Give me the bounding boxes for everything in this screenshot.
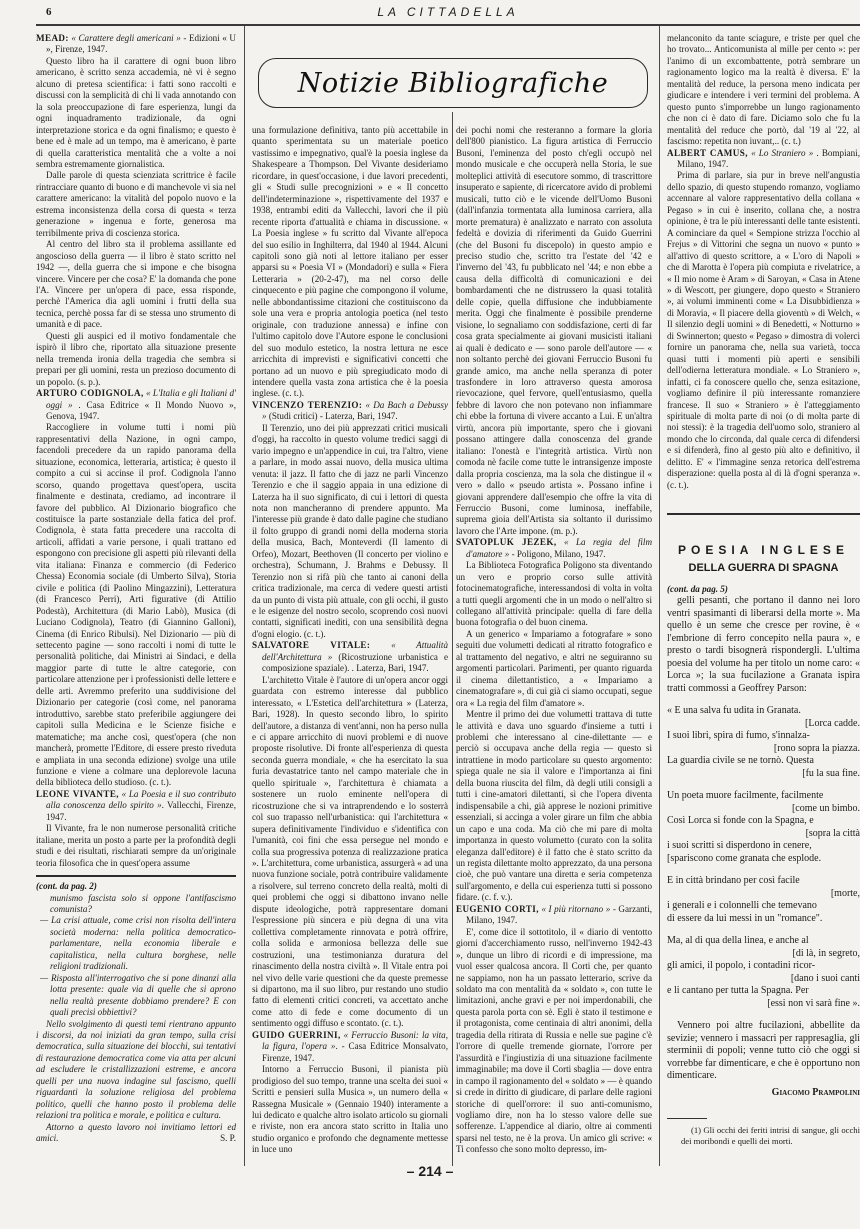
review-paragraph: Questi gli auspici ed il motivo fondamen…: [36, 331, 236, 388]
banner-title: Notizie Bibliografiche: [298, 68, 608, 99]
review-author: VINCENZO TERENZIO:: [252, 400, 362, 410]
review-paragraph: Mentre il primo dei due volumetti tratta…: [456, 709, 652, 904]
section-banner: Notizie Bibliografiche: [258, 58, 648, 108]
review-paragraph: melanconito da tante sciagure, e triste …: [667, 33, 860, 148]
review-paragraph: Intorno a Ferruccio Busoni, il pianista …: [252, 1064, 448, 1156]
column-2: una formulazione definitiva, tanto più a…: [252, 125, 448, 1156]
review-author: ARTURO CODIGNOLA,: [36, 388, 144, 398]
section-rule: [36, 875, 236, 877]
review-entry-header: GUIDO GUERRINI, « Ferruccio Busoni: la v…: [252, 1030, 448, 1064]
review-paragraph: Al centro del libro sta il problema assi…: [36, 239, 236, 331]
review-paragraph: E', come dice il sottotitolo, il « diari…: [456, 927, 652, 1156]
column-divider: [244, 26, 245, 1166]
continuation-item: — Risposta all'interrogativo che si pone…: [36, 973, 236, 1019]
review-title: « Lo Straniero »: [751, 148, 813, 158]
review-entry-header: ARTURO CODIGNOLA, « L'Italia e gli Itali…: [36, 388, 236, 422]
page-header: 6 LA CITTADELLA: [36, 2, 860, 26]
review-publisher: - Poligono, Milano, 1947.: [509, 549, 605, 559]
review-entry-header: VINCENZO TERENZIO: « Da Bach a Debussy »…: [252, 400, 448, 423]
continuation-paragraph: Nello svolgimento di questi temi rientra…: [36, 1019, 236, 1122]
review-publisher: . Casa Editrice « Il Mondo Nuovo », Geno…: [46, 400, 236, 421]
review-author: SALVATORE VITALE:: [252, 640, 370, 650]
article-title: POESIA INGLESE: [667, 545, 860, 556]
review-paragraph: Questo libro ha il carattere di ogni buo…: [36, 56, 236, 171]
poem-stanza: Un poeta muore facilmente, facilmente[co…: [667, 790, 860, 865]
column-divider: [452, 112, 453, 1166]
review-paragraph: Il Terenzio, uno dei più apprezzati crit…: [252, 423, 448, 641]
masthead: LA CITTADELLA: [36, 5, 860, 19]
review-entry-header: ALBERT CAMUS, « Lo Straniero » . Bompian…: [667, 148, 860, 171]
article-paragraph: gelli pesanti, che portano il danno nei …: [667, 595, 860, 695]
article-subtitle: DELLA GUERRA DI SPAGNA: [667, 563, 860, 574]
continuation-lead: munismo fascista solo si oppone l'antifa…: [36, 893, 236, 916]
review-title: « Carattere degli americani »: [71, 33, 180, 43]
review-entry-header: LEONE VIVANTE, « La Poesia e il suo cont…: [36, 789, 236, 823]
review-paragraph: La Biblioteca Fotografica Poligono sta d…: [456, 560, 652, 629]
footnote: (1) Gli occhi dei feriti intrisi di sang…: [667, 1125, 860, 1146]
review-author: EUGENIO CORTI,: [456, 904, 539, 914]
column-3: dei pochi nomi che resteranno a formare …: [456, 125, 652, 1156]
review-author: ALBERT CAMUS,: [667, 148, 748, 158]
poem-stanza: Ma, al di qua della linea, e anche al[di…: [667, 935, 860, 1010]
review-author: LEONE VIVANTE,: [36, 789, 119, 799]
review-publisher: (Studi critici) - Laterza, Bari, 1947.: [267, 411, 398, 421]
continuation-item: — La crisi attuale, come crisi non risol…: [36, 915, 236, 972]
review-title: « I più ritornano »: [541, 904, 610, 914]
review-entry-header: SVATOPLUK JEZEK, « La regia del film d'a…: [456, 537, 652, 560]
review-author: GUIDO GUERRINI,: [252, 1030, 341, 1040]
section-rule: [667, 513, 860, 515]
review-entry-header: SALVATORE VITALE: « Attualità dell'Archi…: [252, 640, 448, 674]
review-paragraph: A un generico « Impariamo a fotografare …: [456, 629, 652, 709]
review-author: SVATOPLUK JEZEK,: [456, 537, 557, 547]
review-author: MEAD:: [36, 33, 69, 43]
column-divider: [659, 26, 660, 1166]
review-paragraph: una formulazione definitiva, tanto più a…: [252, 125, 448, 400]
review-paragraph: Raccogliere in volume tutti i nomi più r…: [36, 422, 236, 789]
article-author: Giacomo Prampolini: [667, 1087, 860, 1098]
signature: S. P.: [210, 1133, 236, 1144]
continuation-paragraph: Attorno a questo lavoro noi invitiamo le…: [36, 1122, 236, 1145]
poem-stanza: E in città brindano per così facile[mort…: [667, 875, 860, 925]
review-paragraph: L'architetto Vitale è l'autore di un'ope…: [252, 675, 448, 1030]
continuation-label: (cont. da pag. 2): [36, 881, 236, 892]
article-paragraph: Vennero poi altre fucilazioni, abbellite…: [667, 1020, 860, 1083]
review-entry-header: MEAD: « Carattere degli americani » - Ed…: [36, 33, 236, 56]
review-paragraph: dei pochi nomi che resteranno a formare …: [456, 125, 652, 537]
footnote-rule: [667, 1118, 707, 1119]
column-4: melanconito da tante sciagure, e triste …: [667, 33, 860, 1147]
poem-stanza: « E una salva fu udita in Granata.[Lorca…: [667, 705, 860, 780]
review-paragraph: Dalle parole di questa scienziata scritt…: [36, 170, 236, 239]
poem: « E una salva fu udita in Granata.[Lorca…: [667, 705, 860, 1010]
review-entry-header: EUGENIO CORTI, « I più ritornano » - Gar…: [456, 904, 652, 927]
review-paragraph: Prima di parlare, sia pur in breve nell'…: [667, 170, 860, 491]
continuation-block: (cont. da pag. 2) munismo fascista solo …: [36, 881, 236, 1144]
page-folio: – 214 –: [0, 1163, 860, 1179]
continuation-label: (cont. da pag. 5): [667, 584, 860, 595]
column-1: MEAD: « Carattere degli americani » - Ed…: [36, 33, 236, 1145]
review-paragraph: Il Vivante, fra le non numerose personal…: [36, 823, 236, 869]
